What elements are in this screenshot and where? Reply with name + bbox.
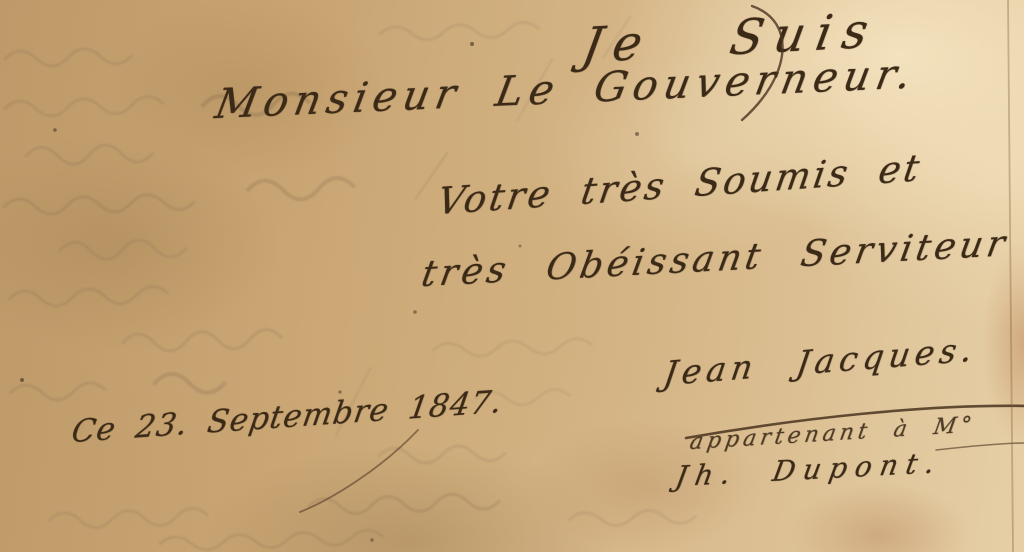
- manuscript-page: Je Suis Monsieur Le Gouverneur. Votre tr…: [0, 0, 1024, 552]
